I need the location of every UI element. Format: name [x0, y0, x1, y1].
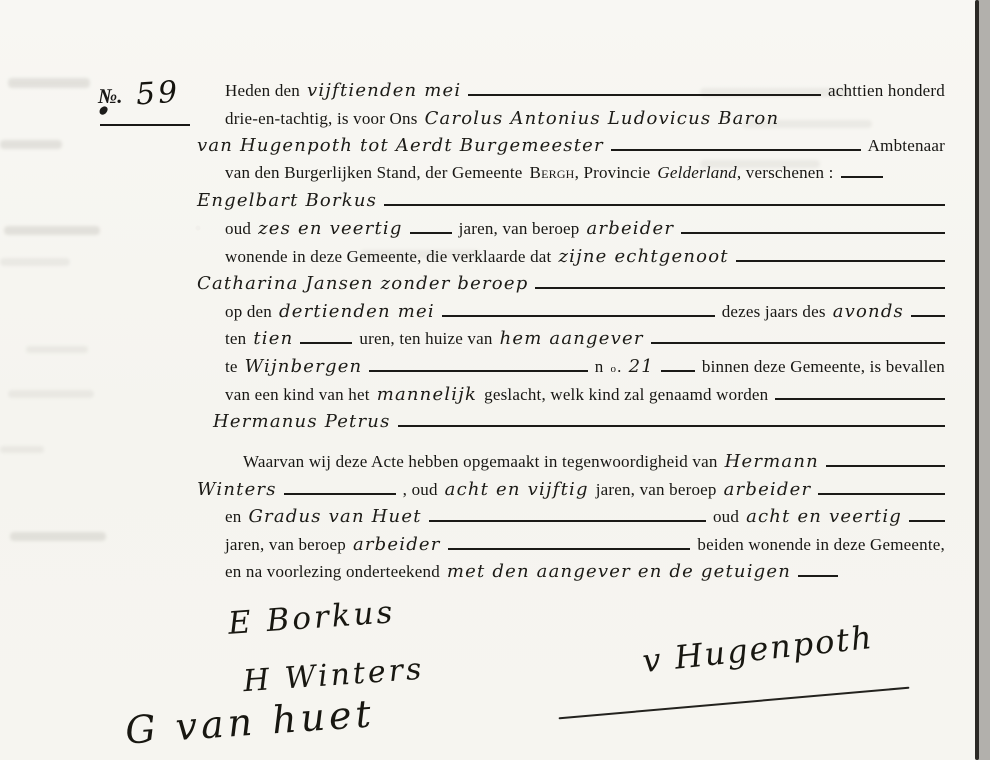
printed-text: ten [225, 329, 246, 349]
printed-text: oud [225, 219, 251, 239]
act-closing: Waarvan wij deze Acte hebben opgemaakt i… [225, 451, 945, 589]
printed-text: en na voorlezing onderteekend [225, 562, 440, 582]
handwritten-entry: mannelijk [377, 384, 477, 405]
printed-text: drie-en-tachtig, is voor Ons [225, 109, 418, 129]
handwritten-entry: 21 [629, 356, 654, 377]
bleedthrough-mark [0, 140, 62, 149]
printed-text: en [225, 507, 241, 527]
signature-witness-van-huet: G van huet [124, 691, 376, 752]
handwritten-entry: Carolus Antonius Ludovicus Baron [425, 108, 780, 129]
handwritten-entry: van Hugenpoth tot Aerdt Burgemeester [197, 135, 604, 156]
bleedthrough-mark [8, 390, 94, 398]
handwritten-entry: vijftienden mei [307, 80, 461, 101]
handwritten-entry: avonds [833, 301, 904, 322]
printed-text: uren, ten huize van [359, 329, 492, 349]
printed-text: op den [225, 302, 272, 322]
form-line-16: en Gradus van Huet oud acht en veertig [225, 506, 945, 534]
form-line-15: Winters , oud acht en vijftig jaren, van… [197, 479, 945, 507]
handwritten-entry: Gradus van Huet [248, 506, 421, 527]
act-number: №. 59 [98, 76, 181, 111]
blank-rule [300, 342, 352, 344]
printed-text: wonende in deze Gemeente, die verklaarde… [225, 247, 551, 267]
blank-rule [468, 94, 821, 96]
bleedthrough-mark [8, 78, 90, 88]
handwritten-entry: Engelbart Borkus [197, 190, 377, 211]
printed-text: , Provincie [575, 163, 651, 183]
bleedthrough-mark [10, 532, 106, 541]
printed-text: geslacht, welk kind zal genaamd worden [484, 385, 768, 405]
form-line-6: oud zes en veertig jaren, van beroep arb… [225, 218, 945, 246]
form-line-2: drie-en-tachtig, is voor Ons Carolus Ant… [225, 108, 945, 136]
handwritten-entry: met den aangever en de getuigen [447, 561, 791, 582]
blank-rule [369, 370, 587, 372]
blank-rule [448, 548, 691, 550]
blank-rule [611, 149, 861, 151]
signature-registrar-flourish [559, 687, 910, 720]
form-line-11: te Wijnbergen no. 21 binnen deze Gemeent… [225, 356, 945, 384]
handwritten-entry: zijne echtgenoot [558, 246, 728, 267]
blank-rule [775, 398, 945, 400]
form-line-9: op den dertienden mei dezes jaars des av… [225, 301, 945, 329]
printed-text: achttien honderd [828, 81, 945, 101]
blank-rule [661, 370, 695, 372]
printed-text: oud [713, 507, 739, 527]
form-line-7: wonende in deze Gemeente, die verklaarde… [225, 246, 945, 274]
handwritten-entry: acht en vijftig [445, 479, 589, 500]
printed-text: beiden wonende in deze Gemeente, [697, 535, 945, 555]
birth-certificate-scan: №. 59 Heden den vijftienden mei achttien… [0, 0, 990, 760]
signature-witness-winters: H Winters [242, 652, 425, 700]
scan-page-edge [975, 0, 979, 760]
blank-rule [535, 287, 945, 289]
form-line-12: van een kind van het mannelijk geslacht,… [225, 384, 945, 412]
blank-rule [442, 315, 715, 317]
printed-text: binnen deze Gemeente, is bevallen [702, 357, 945, 377]
bleedthrough-mark [4, 226, 100, 235]
handwritten-entry: tien [253, 328, 293, 349]
handwritten-entry: Catharina Jansen zonder beroep [197, 273, 528, 294]
handwritten-entry: arbeider [724, 479, 812, 500]
blank-rule [841, 176, 883, 178]
form-line-13: Hermanus Petrus [213, 411, 945, 439]
act-number-underline [100, 124, 190, 126]
printed-superscript: o [610, 363, 616, 375]
blank-rule [826, 465, 945, 467]
blank-rule [911, 315, 945, 317]
printed-text-smallcaps: Bergh [530, 163, 575, 183]
printed-text: Waarvan wij deze Acte hebben opgemaakt i… [243, 452, 718, 472]
printed-text: jaren, van beroep [459, 219, 580, 239]
blank-rule [398, 425, 945, 427]
printed-text: jaren, van beroep [225, 535, 346, 555]
handwritten-entry: Hermann [725, 451, 819, 472]
form-line-10: ten tien uren, ten huize van hem aangeve… [225, 328, 945, 356]
blank-rule [798, 575, 838, 577]
act-body: Heden den vijftienden mei achttien honde… [225, 80, 945, 439]
blank-rule [651, 342, 945, 344]
act-number-value: 59 [135, 75, 182, 113]
form-line-4: van den Burgerlijken Stand, der Gemeente… [225, 163, 945, 191]
handwritten-entry: zes en veertig [258, 218, 402, 239]
printed-text: n [595, 357, 604, 377]
bleedthrough-mark [0, 446, 44, 453]
blank-rule [410, 232, 452, 234]
handwritten-entry: Hermanus Petrus [213, 411, 391, 432]
blank-rule [284, 493, 396, 495]
form-line-17: jaren, van beroep arbeider beiden wonend… [225, 534, 945, 562]
printed-text: te [225, 357, 238, 377]
printed-text: . [617, 357, 621, 377]
printed-text: , verschenen : [737, 163, 834, 183]
bleedthrough-mark [26, 346, 88, 353]
handwritten-entry: dertienden mei [279, 301, 435, 322]
printed-text: van den Burgerlijken Stand, der Gemeente [225, 163, 523, 183]
form-line-3: van Hugenpoth tot Aerdt Burgemeester Amb… [197, 135, 945, 163]
blank-rule [681, 232, 945, 234]
act-number-label: №. [98, 84, 122, 109]
handwritten-entry: arbeider [587, 218, 675, 239]
form-line-5: Engelbart Borkus [197, 190, 945, 218]
printed-text-italic: Gelderland [657, 163, 736, 183]
blank-rule [736, 260, 945, 262]
printed-text: Heden den [225, 81, 300, 101]
handwritten-entry: hem aangever [500, 328, 644, 349]
form-line-8: Catharina Jansen zonder beroep [197, 273, 945, 301]
signature-registrar: v Hugenpoth [641, 618, 876, 680]
handwritten-entry: acht en veertig [746, 506, 902, 527]
handwritten-entry: arbeider [353, 534, 441, 555]
blank-rule [818, 493, 945, 495]
blank-rule [384, 204, 945, 206]
blank-rule [429, 520, 706, 522]
form-line-18: en na voorlezing onderteekend met den aa… [225, 561, 945, 589]
handwritten-entry: Wijnbergen [245, 356, 363, 377]
printed-text: Ambtenaar [868, 136, 945, 156]
form-line-1: Heden den vijftienden mei achttien honde… [225, 80, 945, 108]
printed-text: dezes jaars des [722, 302, 826, 322]
bleedthrough-mark [0, 258, 70, 266]
handwritten-entry: Winters [197, 479, 277, 500]
blank-rule [909, 520, 945, 522]
printed-text: van een kind van het [225, 385, 370, 405]
form-line-14: Waarvan wij deze Acte hebben opgemaakt i… [225, 451, 945, 479]
printed-text: , oud [403, 480, 438, 500]
signature-declarant: E Borkus [227, 594, 397, 642]
printed-text: jaren, van beroep [596, 480, 717, 500]
